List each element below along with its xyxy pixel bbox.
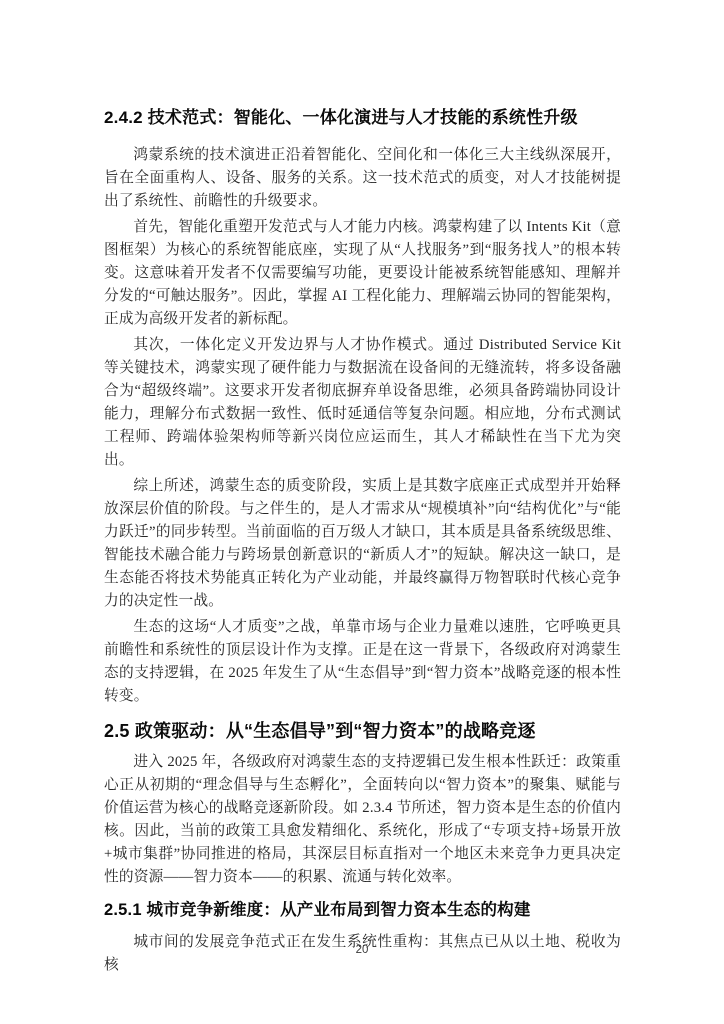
section-heading-2-4-2: 2.4.2 技术范式：智能化、一体化演进与人才技能的系统性升级	[104, 106, 621, 130]
paragraph-policy-shift-2025: 进入 2025 年，各级政府对鸿蒙生态的支持逻辑已发生根本性跃迁：政策重心正从初…	[104, 751, 621, 889]
paragraph-distributed-service-kit: 其次，一体化定义开发边界与人才协作模式。通过 Distributed Servi…	[104, 334, 621, 472]
section-heading-2-5-1: 2.5.1 城市竞争新维度：从产业布局到智力资本生态的构建	[104, 898, 621, 922]
paragraph-intents-kit: 首先，智能化重塑开发范式与人才能力内核。鸿蒙构建了以 Intents Kit（意…	[104, 216, 621, 331]
page-number: 20	[0, 944, 724, 956]
section-heading-2-5: 2.5 政策驱动：从“生态倡导”到“智力资本”的战略竞逐	[104, 718, 621, 744]
paragraph-tech-evolution: 鸿蒙系统的技术演进正沿着智能化、空间化和一体化三大主线纵深展开，旨在全面重构人、…	[104, 144, 621, 213]
document-content: 2.4.2 技术范式：智能化、一体化演进与人才技能的系统性升级 鸿蒙系统的技术演…	[104, 0, 621, 980]
paragraph-talent-gap-summary: 综上所述，鸿蒙生态的质变阶段，实质上是其数字底座正式成型并开始释放深层价值的阶段…	[104, 475, 621, 613]
paragraph-top-level-design: 生态的这场“人才质变”之战，单靠市场与企业力量难以速胜，它呼唤更具前瞻性和系统性…	[104, 616, 621, 708]
document-page: 2.4.2 技术范式：智能化、一体化演进与人才技能的系统性升级 鸿蒙系统的技术演…	[0, 0, 724, 1024]
